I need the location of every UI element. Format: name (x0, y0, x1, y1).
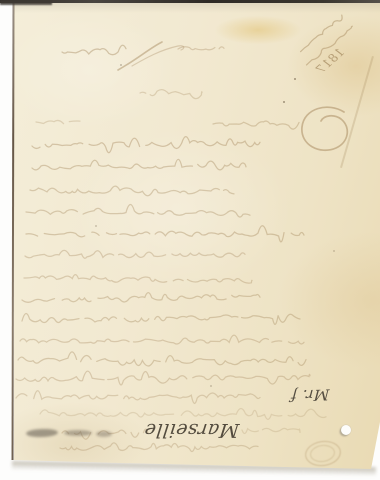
handwriting-stroke (140, 90, 202, 99)
flourish-initial-d (302, 107, 347, 150)
paper-sheet: Marseille Mr. f 1817 (0, 0, 380, 480)
handwriting-stroke (36, 120, 80, 123)
handwriting-stroke (22, 293, 260, 303)
handwriting-stroke (32, 159, 246, 170)
scanner-top-shading (10, 3, 380, 13)
handwriting-stroke (18, 352, 306, 366)
address-marseille-bleedthrough: Marseille (150, 419, 241, 441)
scanner-top-edge (0, 0, 380, 3)
handwriting-stroke (26, 204, 250, 217)
handwriting-stroke (16, 391, 260, 404)
handwriting-stroke (24, 275, 252, 283)
ink-smudge (64, 430, 92, 436)
flourish-heading-capital (118, 42, 162, 70)
handwriting-stroke (30, 186, 234, 196)
flourish-heading-tail (132, 46, 184, 66)
handwriting-stroke (22, 314, 300, 325)
paper-speck (210, 385, 212, 387)
docket-year-bleedthrough: 1817 (307, 40, 352, 83)
annotation-mr-bleedthrough: Mr. f (280, 385, 339, 405)
ink-smudge (96, 431, 112, 437)
paper-speck (333, 250, 335, 252)
paper-speck (283, 101, 285, 103)
handwriting-stroke (26, 226, 304, 242)
handwriting-stroke (60, 443, 258, 452)
paper-speck (120, 64, 122, 66)
paper-speck (95, 225, 97, 227)
scanner-top-edge-blob (0, 0, 52, 5)
punched-hole (341, 425, 351, 435)
handwriting-stroke (40, 408, 326, 419)
handwriting-stroke (178, 47, 224, 50)
handwriting-stroke (16, 371, 310, 385)
scanned-letter-page: Marseille Mr. f 1817 (0, 0, 380, 480)
handwriting-stroke (25, 250, 245, 258)
paper-crease-line (340, 56, 373, 168)
handwriting-stroke (32, 137, 260, 153)
handwriting-stroke (20, 335, 304, 344)
ink-smudge (26, 428, 58, 437)
handwriting-stroke (213, 121, 299, 129)
handwriting-stroke (242, 428, 300, 433)
handwriting-body-lines (16, 45, 326, 451)
paper-speck (294, 78, 296, 80)
handwriting-stroke (62, 45, 126, 54)
